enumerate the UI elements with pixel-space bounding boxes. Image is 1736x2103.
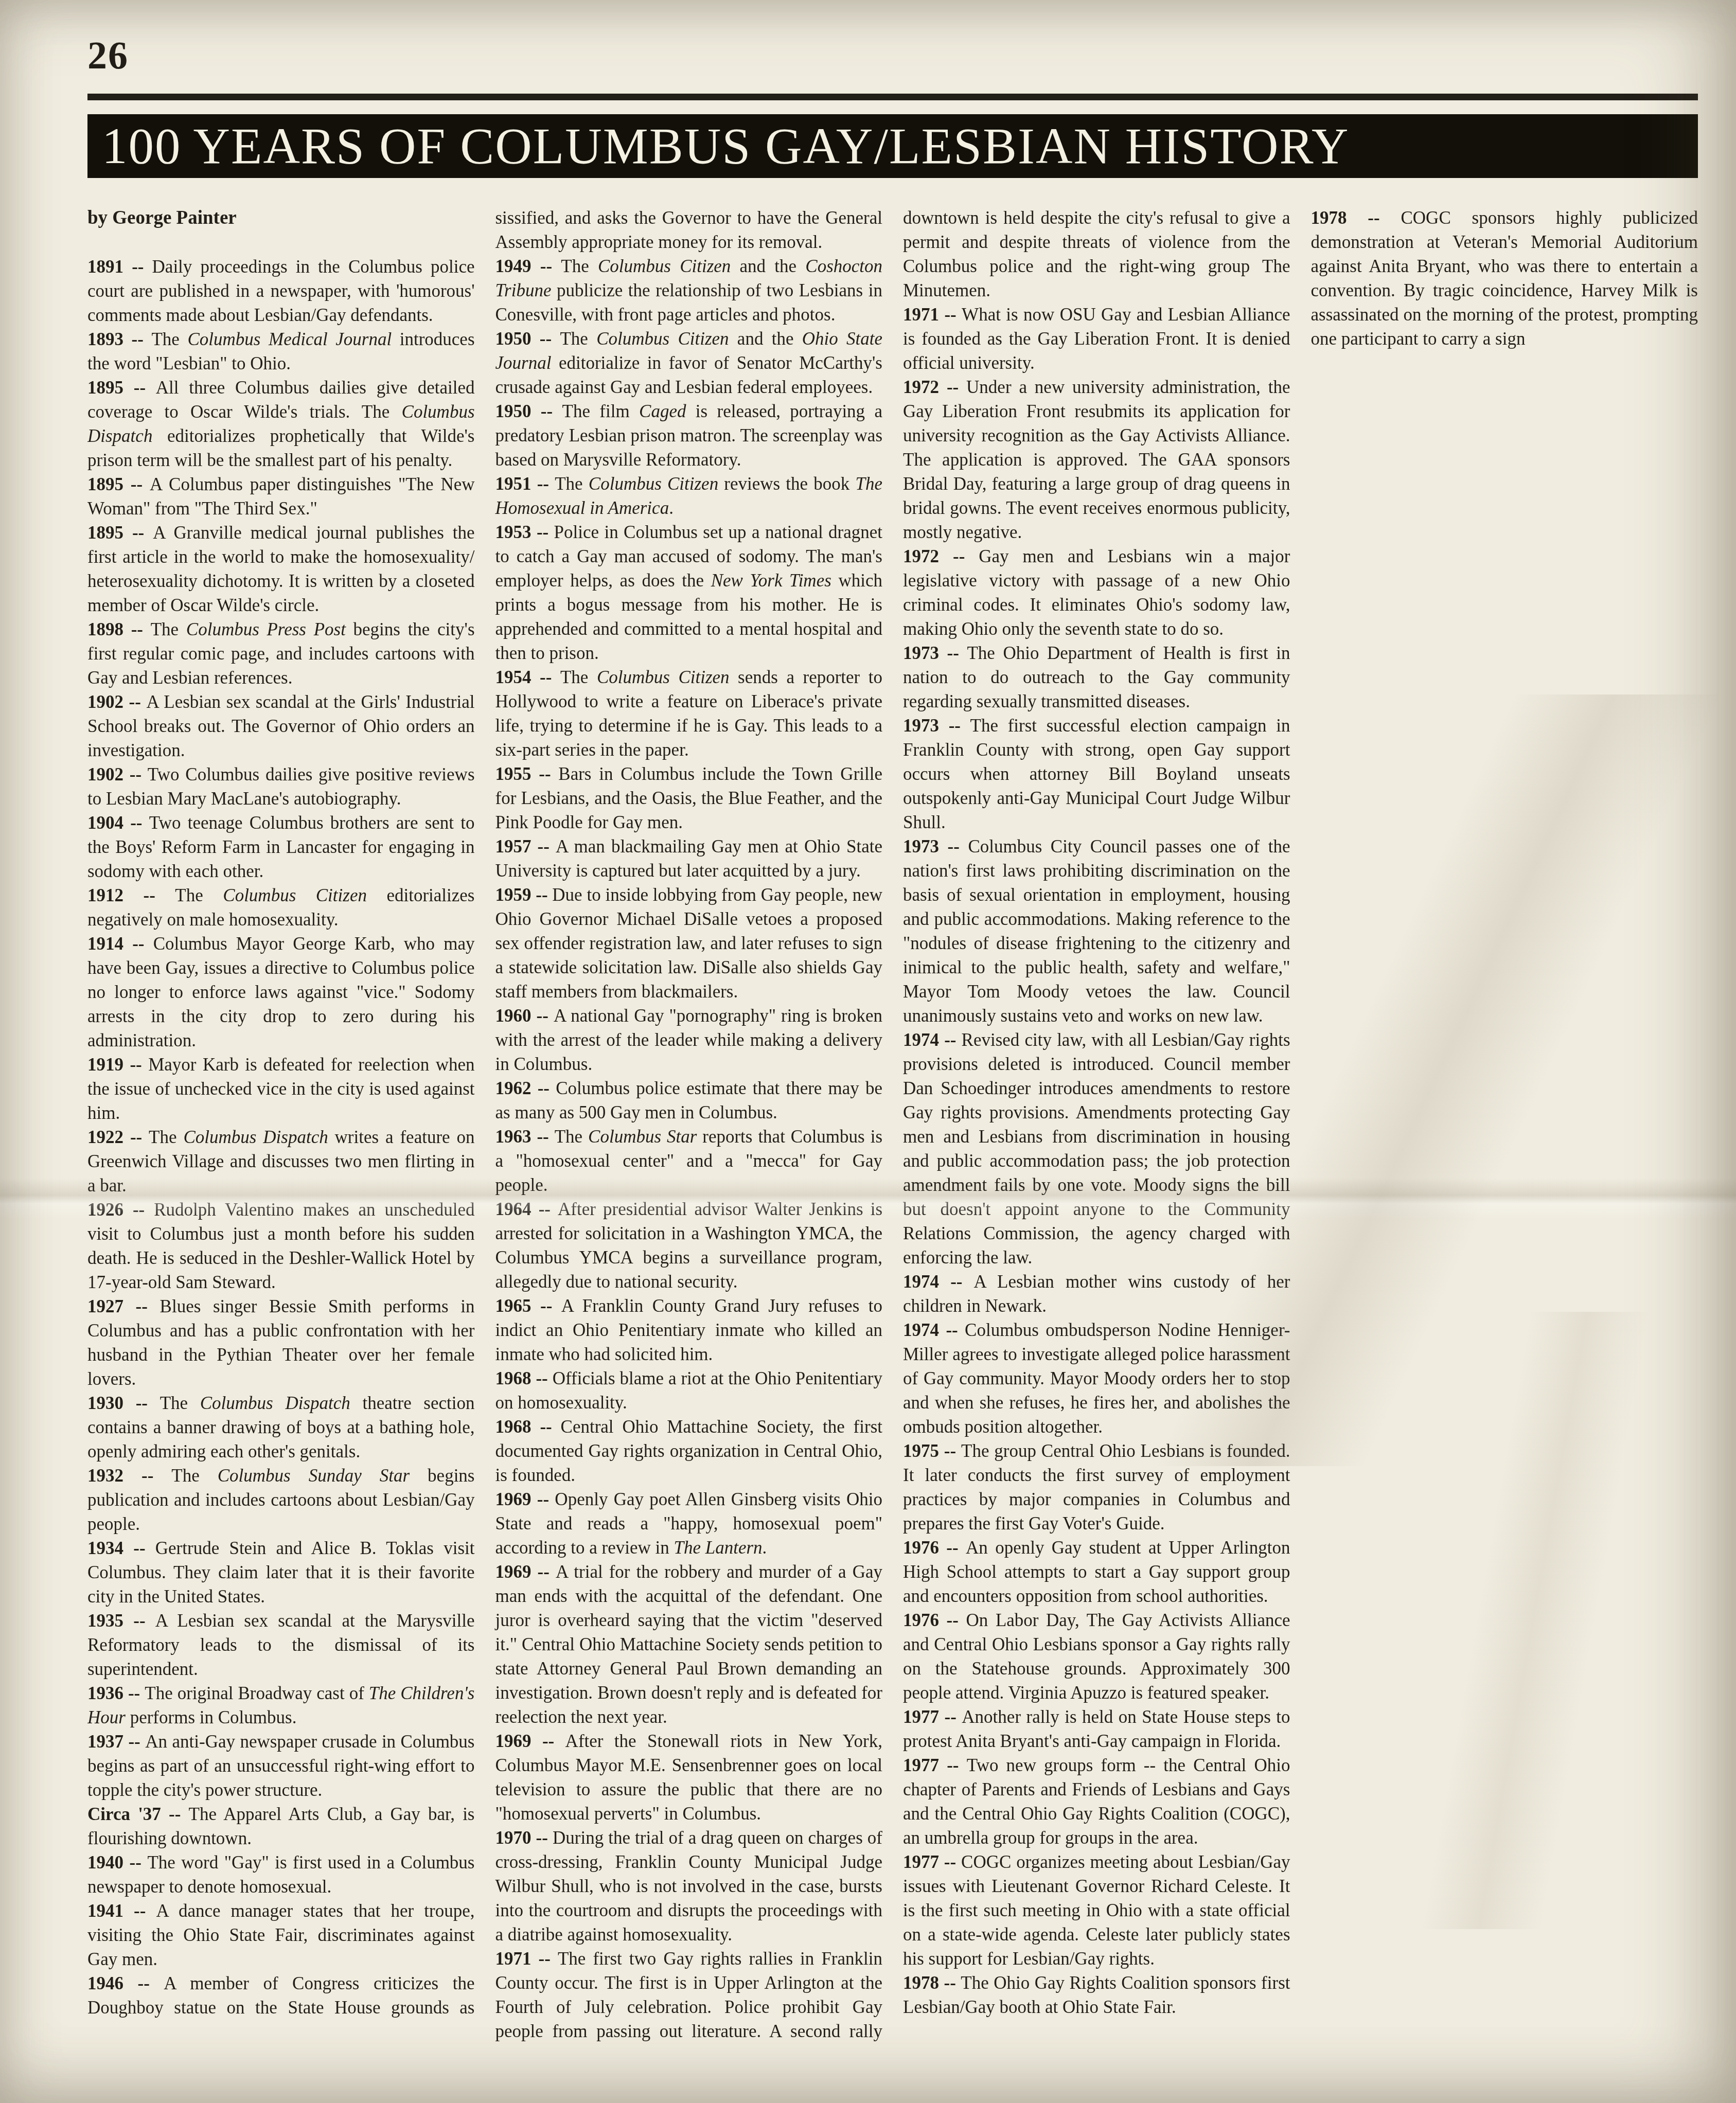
entry-year: 1972 -- bbox=[903, 377, 966, 397]
entry-year: 1976 -- bbox=[903, 1538, 966, 1558]
entry-year: 1974 -- bbox=[903, 1030, 962, 1050]
entry-year: 1964 -- bbox=[495, 1199, 558, 1219]
entry-year: 1968 -- bbox=[495, 1417, 561, 1437]
timeline-entry: 1973 -- The Ohio Department of Health is… bbox=[903, 641, 1290, 714]
timeline-entry: 1972 -- Under a new university administr… bbox=[903, 375, 1290, 544]
timeline-entry: 1926 -- Rudolph Valentino makes an unsch… bbox=[87, 1198, 475, 1294]
byline: by George Painter bbox=[87, 206, 475, 230]
timeline-entry: 1949 -- The Columbus Citizen and the Cos… bbox=[495, 254, 883, 327]
article-entries: by George Painter 1891 -- Daily proceedi… bbox=[87, 206, 1698, 2047]
timeline-entry: 1976 -- An openly Gay student at Upper A… bbox=[903, 1536, 1290, 1608]
entry-year: 1972 -- bbox=[903, 546, 979, 566]
entry-year: 1973 -- bbox=[903, 716, 970, 736]
entry-year: 1891 -- bbox=[87, 257, 152, 277]
entry-year: 1962 -- bbox=[495, 1078, 556, 1098]
timeline-entry: 1954 -- The Columbus Citizen sends a rep… bbox=[495, 665, 883, 762]
publication-name: The Lantern bbox=[674, 1538, 762, 1558]
timeline-entry: 1893 -- The Columbus Medical Journal int… bbox=[87, 327, 475, 376]
timeline-entry: 1914 -- Columbus Mayor George Karb, who … bbox=[87, 932, 475, 1053]
entry-year: 1970 -- bbox=[495, 1828, 553, 1848]
timeline-entry: 1935 -- A Lesbian sex scandal at the Mar… bbox=[87, 1609, 475, 1681]
timeline-entry: 1974 -- Columbus ombudsperson Nodine Hen… bbox=[903, 1318, 1290, 1439]
timeline-entry: 1953 -- Police in Columbus set up a nati… bbox=[495, 520, 883, 665]
entry-text: reviews the book bbox=[718, 474, 855, 494]
timeline-entry: 1927 -- Blues singer Bessie Smith perfor… bbox=[87, 1294, 475, 1391]
newspaper-page-scan: { "page_number": "26", "banner": { "titl… bbox=[0, 0, 1736, 2103]
section-title: 100 YEARS OF COLUMBUS GAY/LESBIAN HISTOR… bbox=[102, 117, 1349, 175]
entry-year: 1971 -- bbox=[495, 1949, 558, 1969]
entry-year: 1895 -- bbox=[87, 474, 150, 494]
entry-year: 1912 -- bbox=[87, 885, 175, 905]
entry-year: 1902 -- bbox=[87, 764, 148, 785]
timeline-entry: 1960 -- A national Gay "pornography" rin… bbox=[495, 1004, 883, 1076]
entry-year: 1977 -- bbox=[903, 1852, 961, 1872]
timeline-entry: 1973 -- The first successful election ca… bbox=[903, 714, 1290, 834]
entry-year: 1919 -- bbox=[87, 1055, 148, 1075]
publication-name: Columbus Citizen bbox=[597, 667, 730, 687]
entry-year: 1936 -- bbox=[87, 1683, 145, 1703]
publication-name: Columbus Citizen bbox=[598, 256, 731, 276]
entry-text: . bbox=[763, 1538, 767, 1558]
entry-year: 1922 -- bbox=[87, 1127, 149, 1147]
entry-text: Revised city law, with all Lesbian/Gay r… bbox=[903, 1030, 1290, 1268]
entry-year: 1946 -- bbox=[87, 1973, 164, 1993]
publication-name: Columbus Citizen bbox=[223, 885, 367, 905]
entry-year: 1895 -- bbox=[87, 523, 153, 543]
timeline-entry: 1968 -- Central Ohio Mattachine Society,… bbox=[495, 1415, 883, 1487]
entry-text: COGC sponsors highly publicized demonstr… bbox=[1311, 208, 1698, 349]
entry-year: 1934 -- bbox=[87, 1538, 155, 1558]
timeline-entry: 1937 -- An anti-Gay newspaper crusade in… bbox=[87, 1730, 475, 1802]
publication-name: Caged bbox=[639, 401, 686, 421]
publication-name: Columbus Dispatch bbox=[183, 1127, 328, 1147]
timeline-entry: 1950 -- The Columbus Citizen and the Ohi… bbox=[495, 327, 883, 399]
timeline-entry: 1902 -- A Lesbian sex scandal at the Gir… bbox=[87, 690, 475, 762]
timeline-entry: 1970 -- During the trial of a drag queen… bbox=[495, 1826, 883, 1947]
timeline-entry: 1919 -- Mayor Karb is defeated for reele… bbox=[87, 1053, 475, 1125]
entry-text: The bbox=[560, 667, 597, 687]
entry-text: The original Broadway cast of bbox=[145, 1683, 369, 1703]
entry-year: 1935 -- bbox=[87, 1611, 155, 1631]
timeline-entry: 1978 -- COGC sponsors highly publicized … bbox=[1311, 206, 1698, 351]
entry-text: The bbox=[171, 1466, 217, 1486]
timeline-entry: 1964 -- After presidential advisor Walte… bbox=[495, 1197, 883, 1294]
entry-year: 1953 -- bbox=[495, 522, 554, 542]
timeline-entry: 1963 -- The Columbus Star reports that C… bbox=[495, 1125, 883, 1197]
entry-year: 1941 -- bbox=[87, 1901, 156, 1921]
entry-year: 1973 -- bbox=[903, 836, 968, 857]
entry-year: 1977 -- bbox=[903, 1755, 967, 1775]
timeline-entry: 1898 -- The Columbus Press Post begins t… bbox=[87, 617, 475, 690]
entry-year: 1971 -- bbox=[903, 305, 962, 325]
entry-text: The bbox=[555, 1127, 588, 1147]
entry-year: 1950 -- bbox=[495, 401, 562, 421]
entry-year: 1978 -- bbox=[903, 1973, 961, 1993]
entry-text: The group Central Ohio Lesbians is found… bbox=[903, 1441, 1290, 1534]
timeline-entry: 1969 -- After the Stonewall riots in New… bbox=[495, 1729, 883, 1826]
entry-year: 1963 -- bbox=[495, 1127, 555, 1147]
entry-text: The bbox=[160, 1393, 200, 1413]
timeline-entry: 1975 -- The group Central Ohio Lesbians … bbox=[903, 1439, 1290, 1536]
timeline-entry: 1930 -- The Columbus Dispatch theatre se… bbox=[87, 1391, 475, 1464]
timeline-entry: 1977 -- COGC organizes meeting about Les… bbox=[903, 1850, 1290, 1971]
entry-text: The bbox=[151, 329, 187, 349]
publication-name: Columbus Dispatch bbox=[200, 1393, 350, 1413]
entry-year: 1932 -- bbox=[87, 1466, 171, 1486]
timeline-entry: 1904 -- Two teenage Columbus brothers ar… bbox=[87, 811, 475, 883]
top-rule bbox=[87, 94, 1698, 100]
timeline-entry: 1891 -- Daily proceedings in the Columbu… bbox=[87, 255, 475, 327]
entry-text: The bbox=[555, 474, 589, 494]
page-number: 26 bbox=[87, 36, 1698, 85]
entry-year: 1904 -- bbox=[87, 813, 149, 833]
entry-year: 1949 -- bbox=[495, 256, 561, 276]
timeline-entry: 1895 -- A Granville medical journal publ… bbox=[87, 521, 475, 617]
entry-year: 1965 -- bbox=[495, 1296, 561, 1316]
entry-year: 1969 -- bbox=[495, 1731, 565, 1751]
entry-text: Officials blame a riot at the Ohio Penit… bbox=[495, 1368, 883, 1413]
page: 26 100 YEARS OF COLUMBUS GAY/LESBIAN HIS… bbox=[0, 0, 1736, 2047]
timeline-entry: 1936 -- The original Broadway cast of Th… bbox=[87, 1681, 475, 1730]
entry-text: The Ohio Gay Rights Coalition sponsors f… bbox=[903, 1973, 1290, 2017]
timeline-entry: 1912 -- The Columbus Citizen editorializ… bbox=[87, 883, 475, 932]
entry-year: 1893 -- bbox=[87, 329, 151, 349]
timeline-entry: 1941 -- A dance manager states that her … bbox=[87, 1899, 475, 1971]
publication-name: Columbus Sunday Star bbox=[218, 1466, 410, 1486]
entry-text: The bbox=[560, 329, 596, 349]
timeline-entry: 1895 -- A Columbus paper distinguishes "… bbox=[87, 472, 475, 521]
entry-year: 1955 -- bbox=[495, 764, 559, 784]
entry-year: 1978 -- bbox=[1311, 208, 1401, 228]
timeline-entry: 1940 -- The word "Gay" is first used in … bbox=[87, 1850, 475, 1899]
entry-year: 1902 -- bbox=[87, 692, 146, 712]
timeline-entry: 1922 -- The Columbus Dispatch writes a f… bbox=[87, 1125, 475, 1198]
entry-year: 1969 -- bbox=[495, 1562, 556, 1582]
entry-year: 1974 -- bbox=[903, 1272, 974, 1292]
timeline-entry: 1934 -- Gertrude Stein and Alice B. Tokl… bbox=[87, 1536, 475, 1609]
publication-name: Columbus Citizen bbox=[589, 474, 718, 494]
timeline-entry: 1974 -- Revised city law, with all Lesbi… bbox=[903, 1028, 1290, 1270]
entry-text: Columbus City Council passes one of the … bbox=[903, 836, 1290, 1026]
entry-text: The bbox=[561, 256, 598, 276]
entry-text: COGC organizes meeting about Lesbian/Gay… bbox=[903, 1852, 1290, 1969]
entry-year: 1926 -- bbox=[87, 1200, 154, 1220]
timeline-entry: 1895 -- All three Columbus dailies give … bbox=[87, 376, 475, 472]
entry-year: 1940 -- bbox=[87, 1852, 147, 1873]
entry-year: 1930 -- bbox=[87, 1393, 160, 1413]
entry-text: and the bbox=[729, 329, 802, 349]
entry-year: 1977 -- bbox=[903, 1707, 962, 1727]
entry-year: 1937 -- bbox=[87, 1732, 145, 1752]
entry-year: 1951 -- bbox=[495, 474, 555, 494]
entry-text: publicize the relationship of two Lesbia… bbox=[495, 280, 883, 325]
entry-text: An anti-Gay newspaper crusade in Columbu… bbox=[87, 1732, 475, 1800]
entry-year: 1927 -- bbox=[87, 1296, 160, 1316]
entry-text: The film bbox=[562, 401, 640, 421]
entry-text: editorialize in favor of Senator McCarth… bbox=[495, 353, 883, 397]
entry-year: 1959 -- bbox=[495, 885, 553, 905]
entry-year: 1975 -- bbox=[903, 1441, 961, 1461]
timeline-entry: 1962 -- Columbus police estimate that th… bbox=[495, 1076, 883, 1125]
entry-year: 1974 -- bbox=[903, 1320, 965, 1340]
timeline-entry: 1959 -- Due to inside lobbying from Gay … bbox=[495, 883, 883, 1004]
publication-name: Columbus Citizen bbox=[596, 329, 729, 349]
entry-year: 1914 -- bbox=[87, 934, 153, 954]
entry-year: Circa '37 -- bbox=[87, 1804, 189, 1824]
timeline-entry: 1978 -- The Ohio Gay Rights Coalition sp… bbox=[903, 1971, 1290, 2019]
timeline-entry: 1902 -- Two Columbus dailies give positi… bbox=[87, 762, 475, 811]
timeline-entry: Circa '37 -- The Apparel Arts Club, a Ga… bbox=[87, 1802, 475, 1850]
entry-year: 1954 -- bbox=[495, 667, 560, 687]
timeline-entry: 1969 -- A trial for the robbery and murd… bbox=[495, 1560, 883, 1729]
entry-text: Due to inside lobbying from Gay people, … bbox=[495, 885, 883, 1002]
entry-year: 1960 -- bbox=[495, 1006, 554, 1026]
entry-text: Under a new university administration, t… bbox=[903, 377, 1290, 542]
publication-name: New York Times bbox=[711, 571, 831, 591]
timeline-entry: 1969 -- Openly Gay poet Allen Ginsberg v… bbox=[495, 1487, 883, 1560]
entry-year: 1969 -- bbox=[495, 1489, 555, 1509]
entry-year: 1950 -- bbox=[495, 329, 560, 349]
timeline-entry: 1974 -- A Lesbian mother wins custody of… bbox=[903, 1270, 1290, 1318]
entry-text: A trial for the robbery and murder of a … bbox=[495, 1562, 883, 1727]
timeline-entry: 1972 -- Gay men and Lesbians win a major… bbox=[903, 544, 1290, 641]
entry-text: During the trial of a drag queen on char… bbox=[495, 1828, 883, 1945]
entry-text: The bbox=[151, 619, 186, 639]
timeline-entry: 1976 -- On Labor Day, The Gay Activists … bbox=[903, 1608, 1290, 1705]
timeline-entry: 1950 -- The film Caged is released, port… bbox=[495, 399, 883, 472]
timeline-entry: 1965 -- A Franklin County Grand Jury ref… bbox=[495, 1294, 883, 1366]
timeline-entry: 1932 -- The Columbus Sunday Star begins … bbox=[87, 1464, 475, 1536]
entry-text: performs in Columbus. bbox=[126, 1707, 296, 1727]
timeline-entry: 1977 -- Two new groups form -- the Centr… bbox=[903, 1753, 1290, 1850]
timeline-entry: 1951 -- The Columbus Citizen reviews the… bbox=[495, 472, 883, 520]
publication-name: Columbus Medical Journal bbox=[187, 329, 392, 349]
entry-text: The bbox=[175, 885, 223, 905]
timeline-entry: 1977 -- Another rally is held on State H… bbox=[903, 1705, 1290, 1753]
publication-name: Columbus Star bbox=[588, 1127, 697, 1147]
entry-year: 1895 -- bbox=[87, 378, 156, 398]
entry-year: 1976 -- bbox=[903, 1610, 966, 1630]
timeline-entry: 1957 -- A man blackmailing Gay men at Oh… bbox=[495, 834, 883, 883]
entry-text: and the bbox=[731, 256, 805, 276]
timeline-entry: 1973 -- Columbus City Council passes one… bbox=[903, 834, 1290, 1028]
entry-year: 1968 -- bbox=[495, 1368, 553, 1388]
entry-text: The bbox=[149, 1127, 183, 1147]
timeline-entry: 1968 -- Officials blame a riot at the Oh… bbox=[495, 1366, 883, 1415]
entry-year: 1898 -- bbox=[87, 619, 151, 639]
entry-text: A national Gay "pornography" ring is bro… bbox=[495, 1006, 883, 1074]
entry-text: . bbox=[669, 498, 674, 518]
section-banner: 100 YEARS OF COLUMBUS GAY/LESBIAN HISTOR… bbox=[87, 114, 1698, 178]
timeline-entry: 1955 -- Bars in Columbus include the Tow… bbox=[495, 762, 883, 834]
entry-year: 1957 -- bbox=[495, 836, 556, 857]
timeline-entry: 1971 -- What is now OSU Gay and Lesbian … bbox=[903, 302, 1290, 375]
entry-year: 1973 -- bbox=[903, 643, 967, 663]
publication-name: Columbus Press Post bbox=[186, 619, 346, 639]
